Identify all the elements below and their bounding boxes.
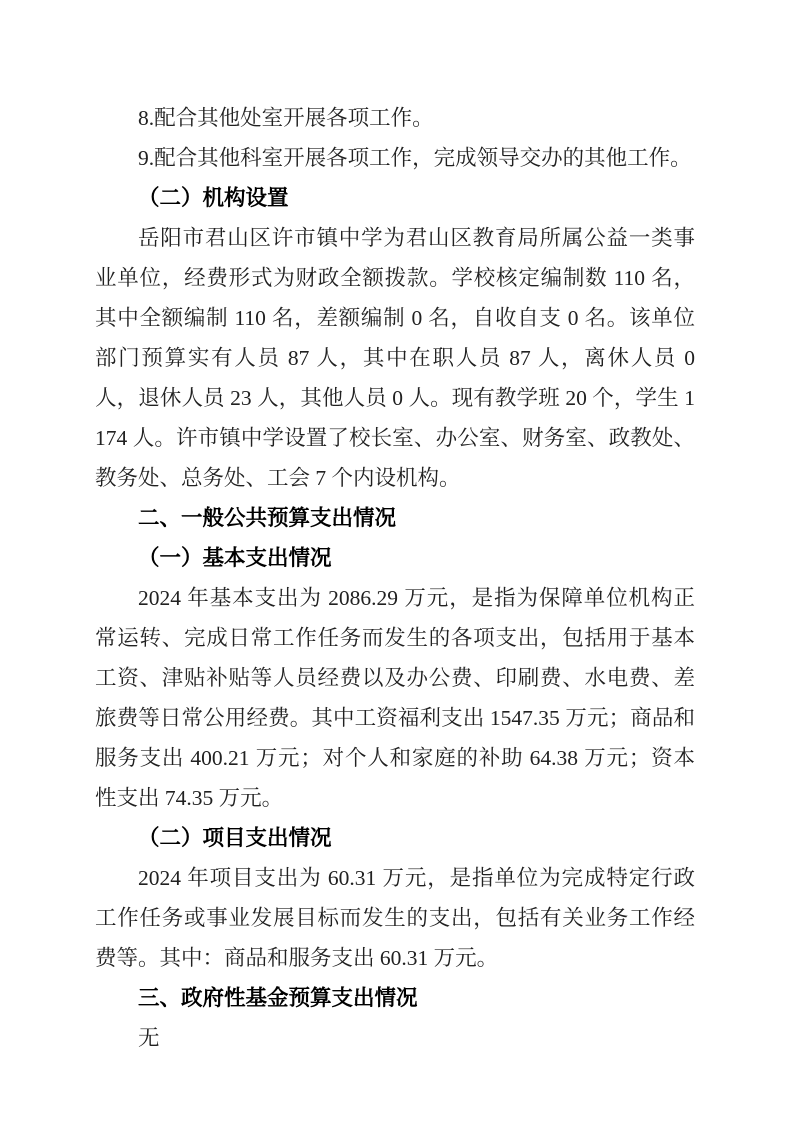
paragraph-organization-overview: 岳阳市君山区许市镇中学为君山区教育局所属公益一类事业单位，经费形式为财政全额拨款…	[95, 218, 695, 498]
heading-basic-expenditure: （一）基本支出情况	[95, 538, 695, 578]
heading-government-fund-budget-expenditure: 三、政府性基金预算支出情况	[95, 978, 695, 1018]
paragraph-basic-expenditure-detail: 2024 年基本支出为 2086.29 万元，是指为保障单位机构正常运转、完成日…	[95, 578, 695, 818]
list-item-duty-8: 8.配合其他处室开展各项工作。	[95, 98, 695, 138]
list-item-duty-9: 9.配合其他科室开展各项工作，完成领导交办的其他工作。	[95, 138, 695, 178]
heading-project-expenditure: （二）项目支出情况	[95, 818, 695, 858]
document-page: 8.配合其他处室开展各项工作。 9.配合其他科室开展各项工作，完成领导交办的其他…	[0, 0, 793, 1122]
heading-general-public-budget-expenditure: 二、一般公共预算支出情况	[95, 498, 695, 538]
paragraph-project-expenditure-detail: 2024 年项目支出为 60.31 万元，是指单位为完成特定行政工作任务或事业发…	[95, 858, 695, 978]
document-content: 8.配合其他处室开展各项工作。 9.配合其他科室开展各项工作，完成领导交办的其他…	[95, 98, 695, 1058]
paragraph-none: 无	[95, 1018, 695, 1058]
heading-organization-setup: （二）机构设置	[95, 178, 695, 218]
